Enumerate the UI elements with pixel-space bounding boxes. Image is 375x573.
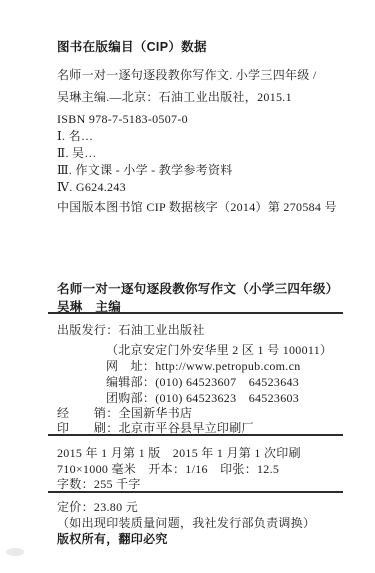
cip-entry-line-1: 名师一对一逐句逐段教你写作文. 小学三四年级 / [57, 68, 317, 82]
distribution-row: 经 销：全国新华书店 [57, 406, 192, 420]
printer-row: 印 刷：北京市平谷县早立印刷厂 [57, 421, 254, 435]
divider-line-middle [48, 434, 343, 436]
divider-line-bottom [48, 491, 343, 493]
cip-class-1: Ⅰ. 名… [57, 129, 93, 143]
publisher-value: 石油工业出版社 [119, 323, 205, 337]
copyright-notice: 版权所有，翻印必究 [57, 532, 168, 546]
word-count-line: 字数：255 千字 [57, 477, 141, 491]
cip-entry-line-2: 吴琳主编.—北京：石油工业出版社，2015.1 [57, 90, 292, 104]
edition-line: 2015 年 1 月第 1 版 2015 年 1 月第 1 次印刷 [57, 446, 301, 460]
cip-class-2: Ⅱ. 吴… [57, 146, 97, 160]
divider-line-top [48, 312, 343, 314]
cip-class-3: Ⅲ. 作文课 - 小学 - 教学参考资料 [57, 163, 233, 177]
cip-registry-number: 中国版本图书馆 CIP 数据核字（2014）第 270584 号 [57, 200, 337, 214]
quality-note: （如出现印装质量问题，我社发行部负责调换） [57, 516, 315, 530]
book-copyright-page: 图书在版编目（CIP）数据 名师一对一逐句逐段教你写作文. 小学三四年级 / 吴… [0, 0, 375, 573]
cip-class-4: Ⅳ. G624.243 [57, 180, 126, 194]
publisher-label: 出版发行： [57, 323, 119, 337]
price-line: 定价：23.80 元 [57, 500, 138, 514]
distribution-value: 全国新华书店 [119, 406, 193, 420]
publisher-row: 出版发行：石油工业出版社 [57, 323, 205, 337]
book-title: 名师一对一逐句逐段教你写作文（小学三四年级） [57, 282, 339, 296]
scan-artifact [6, 548, 24, 556]
publisher-website: 网 址：http://www.petropub.com.cn [106, 359, 301, 373]
editorial-dept-phone: 编辑部：(010) 64523607 64523643 [106, 375, 299, 389]
distribution-label: 经 销： [57, 406, 119, 420]
format-line: 710×1000 毫米 开本：1/16 印张：12.5 [57, 462, 279, 476]
printer-value: 北京市平谷县早立印刷厂 [119, 421, 254, 435]
isbn-line: ISBN 978-7-5183-0507-0 [57, 112, 188, 126]
cip-heading: 图书在版编目（CIP）数据 [57, 40, 207, 54]
group-purchase-phone: 团购部：(010) 64523623 64523603 [106, 391, 299, 405]
printer-label: 印 刷： [57, 421, 119, 435]
publisher-address: （北京安定门外安华里 2 区 1 号 100011） [106, 343, 332, 357]
